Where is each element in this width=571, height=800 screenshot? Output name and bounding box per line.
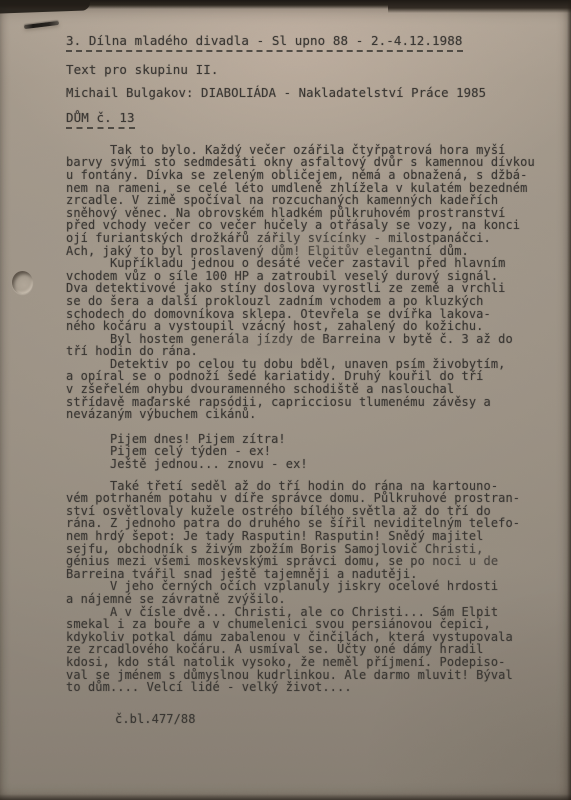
scan-edge-top-right [388,0,571,13]
footer-reference: č.bl.477/88 [115,712,196,726]
scan-edge-right [567,0,571,800]
paragraph: Byl hostem generála jízdy de Barreina v … [66,333,538,358]
document-body: 3. Dílna mladého divadla - Sl upno 88 - … [66,34,538,694]
punch-hole [12,271,33,294]
paragraph: Kupříkladu jednou o desáté večer zastavi… [66,257,538,333]
section-heading-text: DŮM č. 13 [66,112,135,129]
paragraph: Také třetí seděl až do tří hodin do rána… [66,480,538,581]
scan-edge-bottom [0,794,571,800]
scanned-page: 3. Dílna mladého divadla - Sl upno 88 - … [0,0,571,800]
group-line: Text pro skupinu II. [66,64,538,77]
paragraph: Detektiv po celou tu dobu bděl, unaven p… [66,358,538,421]
section-heading: DŮM č. 13 [66,112,538,129]
paragraph: V jeho černých očích vzplanuly jiskry oc… [66,580,538,605]
paragraph: A v čísle dvě... Christi, ale co Christi… [66,606,538,694]
header-title-text: 3. Dílna mladého divadla - Sl upno 88 - … [66,34,463,52]
verse-block: Pijem dnes! Pijem zítra! Pijem celý týde… [66,433,538,471]
header-title: 3. Dílna mladého divadla - Sl upno 88 - … [66,34,538,52]
paragraph: Tak to bylo. Každý večer ozářila čtyřpat… [66,144,538,257]
source-line: Michail Bulgakov: DIABOLIÁDA - Nakladate… [66,87,538,100]
